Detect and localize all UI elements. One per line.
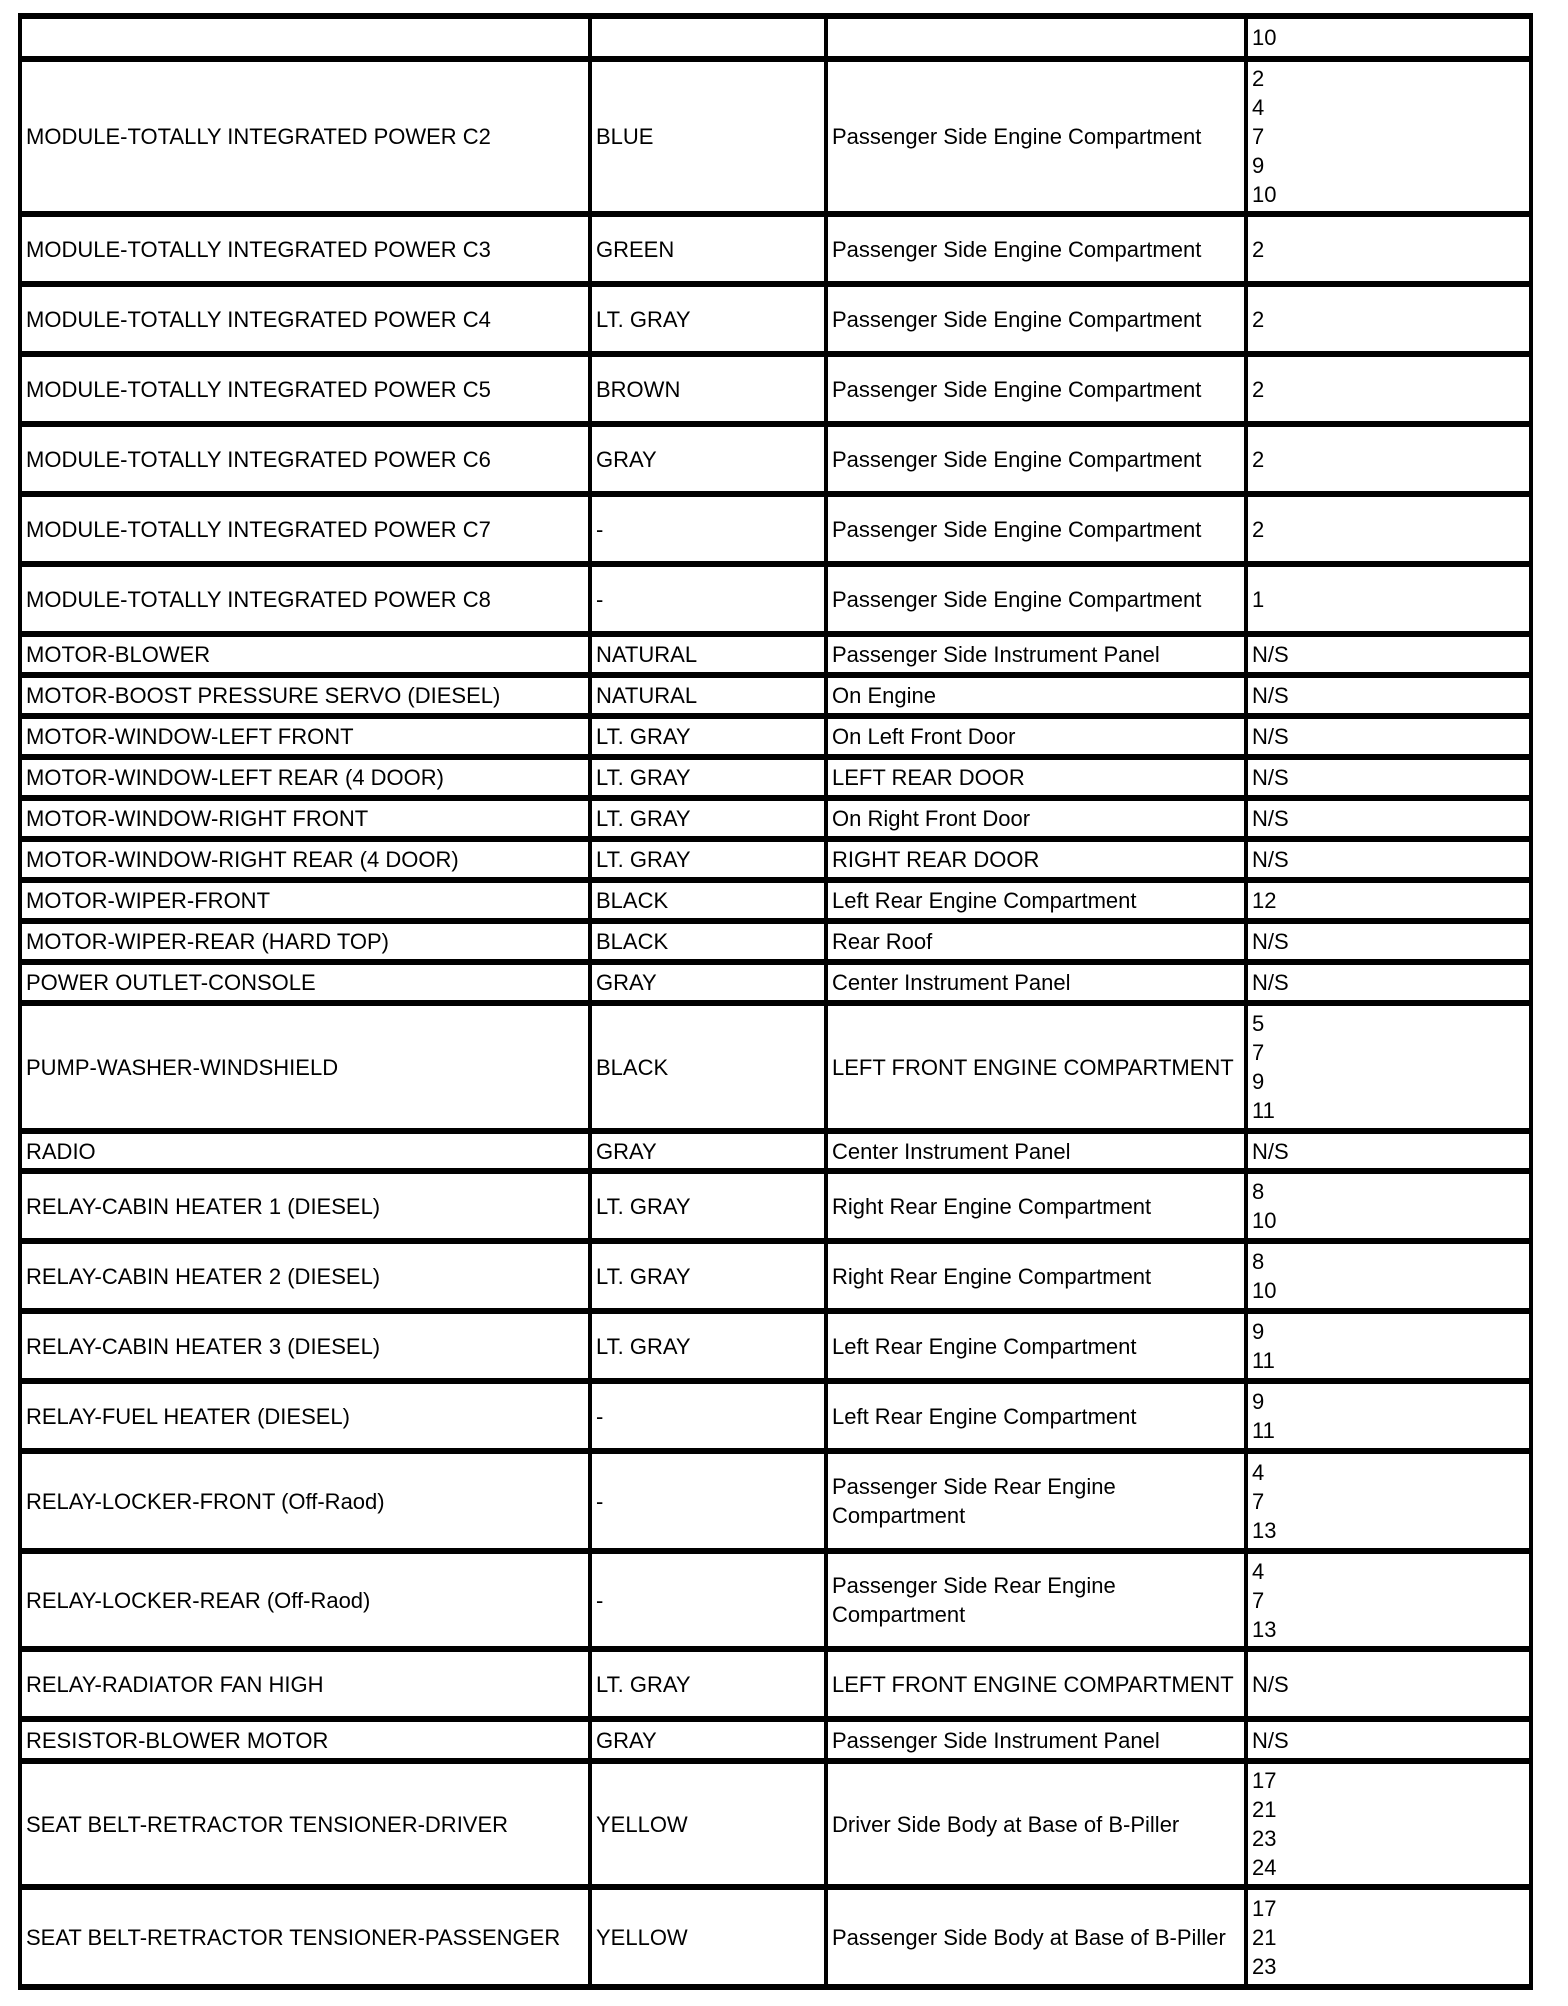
figure-number: N/S [1252, 640, 1525, 669]
component-cell: MODULE-TOTALLY INTEGRATED POWER C6 [20, 424, 590, 494]
component-cell: MODULE-TOTALLY INTEGRATED POWER C2 [20, 59, 590, 214]
figure-numbers-cell: 911 [1246, 1381, 1531, 1451]
location-cell: Right Rear Engine Compartment [826, 1171, 1246, 1241]
table-row: RELAY-LOCKER-FRONT (Off-Raod)-Passenger … [20, 1451, 1531, 1551]
component-cell: MOTOR-WINDOW-LEFT FRONT [20, 716, 590, 757]
connector-locator-table: 10MODULE-TOTALLY INTEGRATED POWER C2BLUE… [18, 13, 1533, 1990]
location-cell: LEFT FRONT ENGINE COMPARTMENT [826, 1003, 1246, 1131]
location-cell: Right Rear Engine Compartment [826, 1241, 1246, 1311]
table-row: MOTOR-BLOWERNATURALPassenger Side Instru… [20, 634, 1531, 675]
table-row: MOTOR-WINDOW-RIGHT REAR (4 DOOR)LT. GRAY… [20, 839, 1531, 880]
table-row: MODULE-TOTALLY INTEGRATED POWER C3GREENP… [20, 214, 1531, 284]
component-cell: RELAY-FUEL HEATER (DIESEL) [20, 1381, 590, 1451]
table-row: SEAT BELT-RETRACTOR TENSIONER-DRIVERYELL… [20, 1761, 1531, 1887]
location-cell: RIGHT REAR DOOR [826, 839, 1246, 880]
component-cell [20, 16, 590, 59]
figure-number: 13 [1252, 1516, 1525, 1545]
component-cell: RELAY-CABIN HEATER 3 (DIESEL) [20, 1311, 590, 1381]
figure-numbers-cell: 57911 [1246, 1003, 1531, 1131]
table-row: MODULE-TOTALLY INTEGRATED POWER C6GRAYPa… [20, 424, 1531, 494]
location-cell: Passenger Side Engine Compartment [826, 284, 1246, 354]
table-row: POWER OUTLET-CONSOLEGRAYCenter Instrumen… [20, 962, 1531, 1003]
location-cell: Left Rear Engine Compartment [826, 880, 1246, 921]
figure-number: 10 [1252, 1206, 1525, 1235]
connector-color-cell: - [590, 1451, 826, 1551]
connector-color-cell [590, 16, 826, 59]
location-cell: Passenger Side Engine Compartment [826, 354, 1246, 424]
figure-numbers-cell: N/S [1246, 921, 1531, 962]
connector-color-cell: - [590, 494, 826, 564]
figure-numbers-cell: 911 [1246, 1311, 1531, 1381]
figure-number: 10 [1252, 23, 1525, 52]
figure-numbers-cell: 2 [1246, 214, 1531, 284]
connector-color-cell: GRAY [590, 424, 826, 494]
figure-number: 17 [1252, 1766, 1525, 1795]
table-row: RELAY-FUEL HEATER (DIESEL)-Left Rear Eng… [20, 1381, 1531, 1451]
figure-number: N/S [1252, 763, 1525, 792]
connector-color-cell: YELLOW [590, 1887, 826, 1987]
figure-number: 17 [1252, 1894, 1525, 1923]
component-cell: SEAT BELT-RETRACTOR TENSIONER-PASSENGER [20, 1887, 590, 1987]
figure-number: 23 [1252, 1952, 1525, 1981]
table-row: MOTOR-WINDOW-LEFT REAR (4 DOOR)LT. GRAYL… [20, 757, 1531, 798]
figure-number: 2 [1252, 445, 1525, 474]
figure-number: N/S [1252, 722, 1525, 751]
component-cell: POWER OUTLET-CONSOLE [20, 962, 590, 1003]
figure-number: 7 [1252, 1038, 1525, 1067]
connector-color-cell: LT. GRAY [590, 1241, 826, 1311]
connector-color-cell: - [590, 564, 826, 634]
connector-color-cell: NATURAL [590, 634, 826, 675]
component-cell: RELAY-CABIN HEATER 1 (DIESEL) [20, 1171, 590, 1241]
table-row: MODULE-TOTALLY INTEGRATED POWER C2BLUEPa… [20, 59, 1531, 214]
table-row: RESISTOR-BLOWER MOTORGRAYPassenger Side … [20, 1719, 1531, 1761]
component-cell: MOTOR-WIPER-REAR (HARD TOP) [20, 921, 590, 962]
connector-color-cell: - [590, 1551, 826, 1649]
table-row: RELAY-CABIN HEATER 2 (DIESEL)LT. GRAYRig… [20, 1241, 1531, 1311]
table-row: MOTOR-WINDOW-LEFT FRONTLT. GRAYOn Left F… [20, 716, 1531, 757]
connector-color-cell: GRAY [590, 1131, 826, 1171]
component-cell: MODULE-TOTALLY INTEGRATED POWER C4 [20, 284, 590, 354]
component-cell: PUMP-WASHER-WINDSHIELD [20, 1003, 590, 1131]
figure-numbers-cell: 2 [1246, 494, 1531, 564]
figure-number: N/S [1252, 1137, 1525, 1166]
figure-numbers-cell: N/S [1246, 634, 1531, 675]
figure-number: 4 [1252, 1458, 1525, 1487]
figure-numbers-cell: 2 [1246, 424, 1531, 494]
connector-color-cell: - [590, 1381, 826, 1451]
figure-numbers-cell: 247910 [1246, 59, 1531, 214]
component-cell: MODULE-TOTALLY INTEGRATED POWER C3 [20, 214, 590, 284]
component-cell: RELAY-CABIN HEATER 2 (DIESEL) [20, 1241, 590, 1311]
figure-number: 12 [1252, 886, 1525, 915]
figure-number: N/S [1252, 804, 1525, 833]
table-row: RELAY-RADIATOR FAN HIGHLT. GRAYLEFT FRON… [20, 1649, 1531, 1719]
figure-number: 21 [1252, 1923, 1525, 1952]
figure-numbers-cell: 1 [1246, 564, 1531, 634]
figure-number: N/S [1252, 845, 1525, 874]
table-row: RADIOGRAYCenter Instrument PanelN/S [20, 1131, 1531, 1171]
location-cell: Left Rear Engine Compartment [826, 1381, 1246, 1451]
component-cell: MOTOR-WINDOW-RIGHT FRONT [20, 798, 590, 839]
table-body: 10MODULE-TOTALLY INTEGRATED POWER C2BLUE… [20, 16, 1531, 1987]
component-cell: MOTOR-BOOST PRESSURE SERVO (DIESEL) [20, 675, 590, 716]
location-cell: Passenger Side Rear Engine Compartment [826, 1451, 1246, 1551]
table-row: 10 [20, 16, 1531, 59]
component-cell: MODULE-TOTALLY INTEGRATED POWER C5 [20, 354, 590, 424]
figure-number: 8 [1252, 1177, 1525, 1206]
table-row: RELAY-CABIN HEATER 3 (DIESEL)LT. GRAYLef… [20, 1311, 1531, 1381]
component-cell: MOTOR-WINDOW-LEFT REAR (4 DOOR) [20, 757, 590, 798]
location-cell: Passenger Side Rear Engine Compartment [826, 1551, 1246, 1649]
connector-color-cell: LT. GRAY [590, 284, 826, 354]
figure-number: 2 [1252, 235, 1525, 264]
table-row: RELAY-CABIN HEATER 1 (DIESEL)LT. GRAYRig… [20, 1171, 1531, 1241]
component-cell: MODULE-TOTALLY INTEGRATED POWER C8 [20, 564, 590, 634]
connector-color-cell: YELLOW [590, 1761, 826, 1887]
figure-numbers-cell: N/S [1246, 962, 1531, 1003]
component-cell: RADIO [20, 1131, 590, 1171]
figure-number: 9 [1252, 1317, 1525, 1346]
connector-color-cell: NATURAL [590, 675, 826, 716]
table-row: MODULE-TOTALLY INTEGRATED POWER C4LT. GR… [20, 284, 1531, 354]
location-cell: Rear Roof [826, 921, 1246, 962]
location-cell: LEFT REAR DOOR [826, 757, 1246, 798]
location-cell: Center Instrument Panel [826, 1131, 1246, 1171]
figure-number: N/S [1252, 681, 1525, 710]
connector-color-cell: LT. GRAY [590, 757, 826, 798]
connector-color-cell: LT. GRAY [590, 716, 826, 757]
connector-color-cell: BLACK [590, 1003, 826, 1131]
location-cell: Passenger Side Body at Base of B-Piller [826, 1887, 1246, 1987]
location-cell: Passenger Side Engine Compartment [826, 59, 1246, 214]
location-cell: Driver Side Body at Base of B-Piller [826, 1761, 1246, 1887]
figure-numbers-cell: N/S [1246, 757, 1531, 798]
figure-numbers-cell: N/S [1246, 716, 1531, 757]
figure-number: 4 [1252, 1557, 1525, 1586]
location-cell: Passenger Side Instrument Panel [826, 634, 1246, 675]
figure-numbers-cell: 172123 [1246, 1887, 1531, 1987]
table-row: PUMP-WASHER-WINDSHIELDBLACKLEFT FRONT EN… [20, 1003, 1531, 1131]
figure-numbers-cell: N/S [1246, 1719, 1531, 1761]
location-cell: On Engine [826, 675, 1246, 716]
figure-number: 10 [1252, 180, 1525, 209]
figure-numbers-cell: N/S [1246, 1649, 1531, 1719]
figure-numbers-cell: 4713 [1246, 1451, 1531, 1551]
figure-numbers-cell: 12 [1246, 880, 1531, 921]
figure-number: 5 [1252, 1009, 1525, 1038]
component-cell: MODULE-TOTALLY INTEGRATED POWER C7 [20, 494, 590, 564]
figure-number: 24 [1252, 1853, 1525, 1882]
figure-number: 7 [1252, 1487, 1525, 1516]
component-cell: MOTOR-WIPER-FRONT [20, 880, 590, 921]
location-cell [826, 16, 1246, 59]
table-row: MOTOR-WINDOW-RIGHT FRONTLT. GRAYOn Right… [20, 798, 1531, 839]
component-cell: MOTOR-BLOWER [20, 634, 590, 675]
connector-color-cell: GRAY [590, 962, 826, 1003]
figure-number: 13 [1252, 1615, 1525, 1644]
component-cell: MOTOR-WINDOW-RIGHT REAR (4 DOOR) [20, 839, 590, 880]
connector-color-cell: BLACK [590, 880, 826, 921]
figure-number: 8 [1252, 1247, 1525, 1276]
component-cell: RELAY-LOCKER-REAR (Off-Raod) [20, 1551, 590, 1649]
location-cell: Passenger Side Engine Compartment [826, 494, 1246, 564]
connector-color-cell: BROWN [590, 354, 826, 424]
figure-number: 9 [1252, 1387, 1525, 1416]
figure-number: N/S [1252, 1670, 1525, 1699]
figure-numbers-cell: 2 [1246, 284, 1531, 354]
figure-numbers-cell: 4713 [1246, 1551, 1531, 1649]
figure-numbers-cell: N/S [1246, 675, 1531, 716]
location-cell: Passenger Side Engine Compartment [826, 424, 1246, 494]
component-cell: SEAT BELT-RETRACTOR TENSIONER-DRIVER [20, 1761, 590, 1887]
connector-color-cell: LT. GRAY [590, 839, 826, 880]
location-cell: Passenger Side Engine Compartment [826, 214, 1246, 284]
figure-numbers-cell: 17212324 [1246, 1761, 1531, 1887]
figure-numbers-cell: 10 [1246, 16, 1531, 59]
table-row: RELAY-LOCKER-REAR (Off-Raod)-Passenger S… [20, 1551, 1531, 1649]
table-row: MOTOR-WIPER-REAR (HARD TOP)BLACKRear Roo… [20, 921, 1531, 962]
figure-number: 23 [1252, 1824, 1525, 1853]
figure-number: 7 [1252, 122, 1525, 151]
figure-number: 1 [1252, 585, 1525, 614]
connector-color-cell: BLUE [590, 59, 826, 214]
figure-numbers-cell: 810 [1246, 1171, 1531, 1241]
location-cell: On Right Front Door [826, 798, 1246, 839]
component-cell: RELAY-RADIATOR FAN HIGH [20, 1649, 590, 1719]
location-cell: On Left Front Door [826, 716, 1246, 757]
figure-number: 4 [1252, 93, 1525, 122]
figure-numbers-cell: N/S [1246, 839, 1531, 880]
table-row: MOTOR-BOOST PRESSURE SERVO (DIESEL)NATUR… [20, 675, 1531, 716]
figure-number: 11 [1252, 1346, 1525, 1375]
table-row: MODULE-TOTALLY INTEGRATED POWER C8-Passe… [20, 564, 1531, 634]
figure-number: 7 [1252, 1586, 1525, 1615]
component-cell: RELAY-LOCKER-FRONT (Off-Raod) [20, 1451, 590, 1551]
location-cell: Passenger Side Engine Compartment [826, 564, 1246, 634]
table-row: MOTOR-WIPER-FRONTBLACKLeft Rear Engine C… [20, 880, 1531, 921]
figure-number: 9 [1252, 151, 1525, 180]
figure-number: 2 [1252, 515, 1525, 544]
figure-number: 11 [1252, 1416, 1525, 1445]
figure-numbers-cell: 810 [1246, 1241, 1531, 1311]
figure-numbers-cell: 2 [1246, 354, 1531, 424]
location-cell: Center Instrument Panel [826, 962, 1246, 1003]
figure-numbers-cell: N/S [1246, 1131, 1531, 1171]
figure-number: 21 [1252, 1795, 1525, 1824]
connector-color-cell: LT. GRAY [590, 1311, 826, 1381]
figure-number: 2 [1252, 305, 1525, 334]
figure-number: N/S [1252, 927, 1525, 956]
figure-number: N/S [1252, 968, 1525, 997]
connector-color-cell: LT. GRAY [590, 1171, 826, 1241]
connector-color-cell: GRAY [590, 1719, 826, 1761]
table-row: MODULE-TOTALLY INTEGRATED POWER C5BROWNP… [20, 354, 1531, 424]
connector-color-cell: LT. GRAY [590, 798, 826, 839]
location-cell: Passenger Side Instrument Panel [826, 1719, 1246, 1761]
location-cell: LEFT FRONT ENGINE COMPARTMENT [826, 1649, 1246, 1719]
figure-number: 11 [1252, 1096, 1525, 1125]
location-cell: Left Rear Engine Compartment [826, 1311, 1246, 1381]
connector-color-cell: GREEN [590, 214, 826, 284]
figure-number: 9 [1252, 1067, 1525, 1096]
figure-number: 2 [1252, 64, 1525, 93]
table-row: MODULE-TOTALLY INTEGRATED POWER C7-Passe… [20, 494, 1531, 564]
table-row: SEAT BELT-RETRACTOR TENSIONER-PASSENGERY… [20, 1887, 1531, 1987]
connector-color-cell: BLACK [590, 921, 826, 962]
figure-numbers-cell: N/S [1246, 798, 1531, 839]
figure-number: N/S [1252, 1726, 1525, 1755]
figure-number: 2 [1252, 375, 1525, 404]
figure-number: 10 [1252, 1276, 1525, 1305]
component-cell: RESISTOR-BLOWER MOTOR [20, 1719, 590, 1761]
connector-color-cell: LT. GRAY [590, 1649, 826, 1719]
